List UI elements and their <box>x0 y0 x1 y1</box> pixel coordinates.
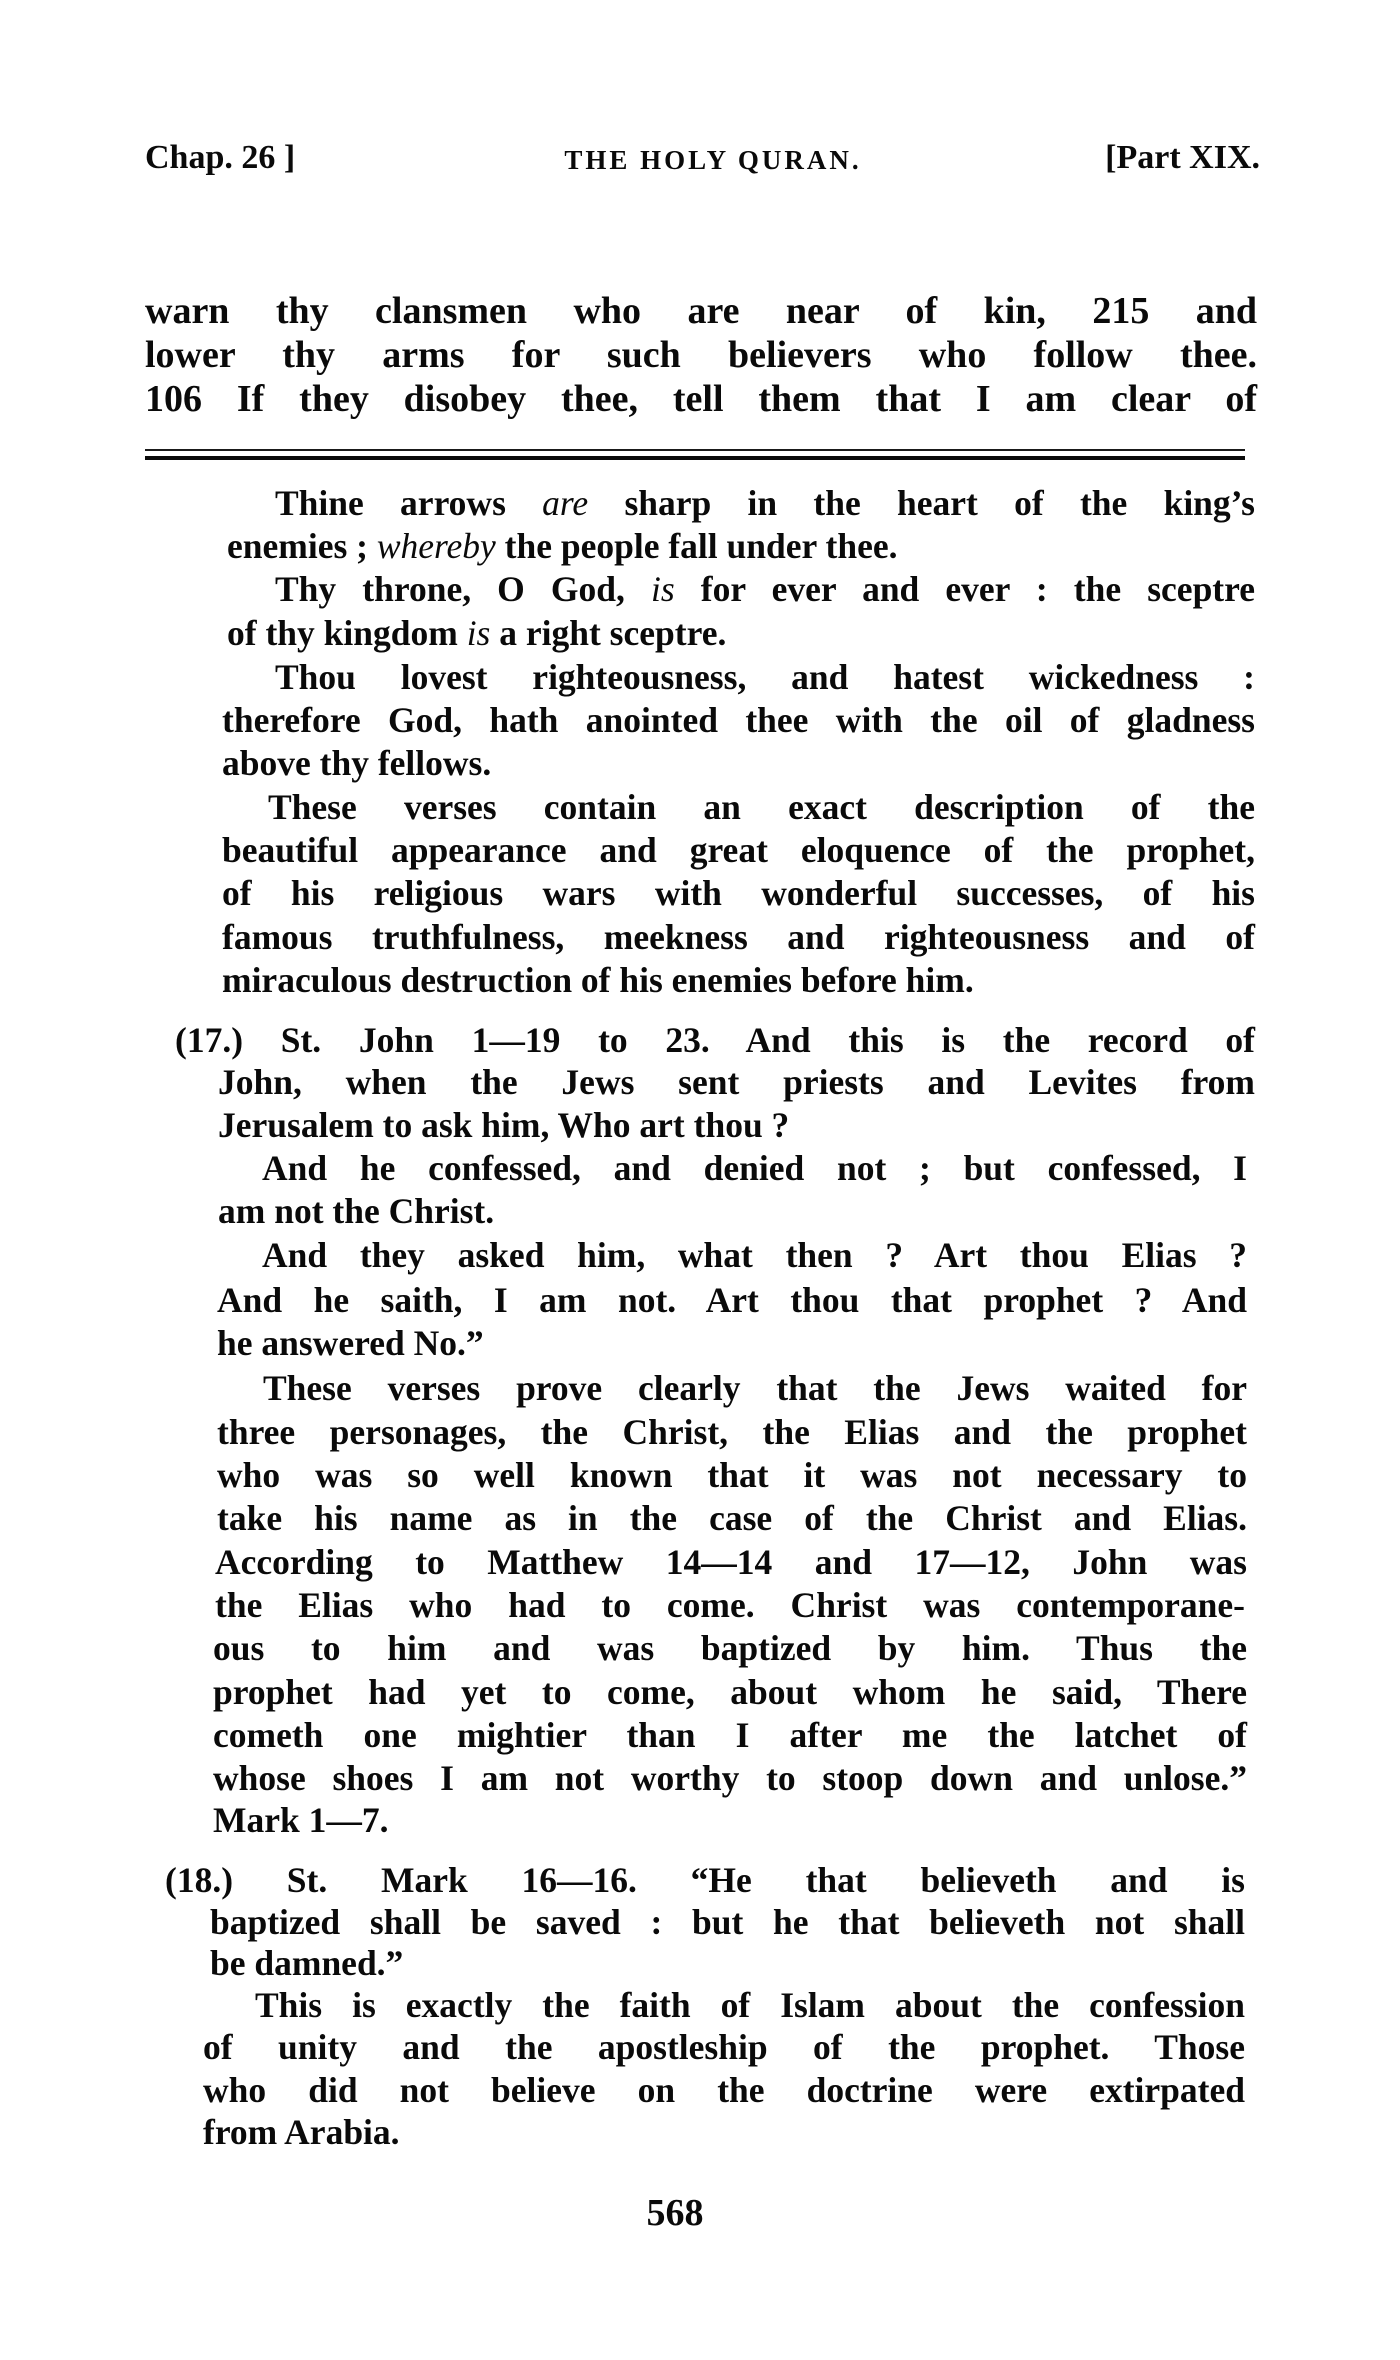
commentary-line: whose shoes I am not worthy to stoop dow… <box>213 1756 1247 1800</box>
main-text-line: warn thy clansmen who are near of kin, 2… <box>145 289 1257 333</box>
commentary-line: These verses contain an exact descriptio… <box>268 785 1255 829</box>
commentary-line: of unity and the apostleship of the prop… <box>203 2025 1245 2069</box>
commentary-line: take his name as in the case of the Chri… <box>217 1496 1247 1540</box>
commentary-line: (17.) St. John 1—19 to 23. And this is t… <box>175 1018 1255 1062</box>
italic-emphasis: is <box>651 569 675 609</box>
commentary-line: cometh one mightier than I after me the … <box>213 1713 1247 1757</box>
commentary-line: of his religious wars with wonderful suc… <box>222 871 1255 915</box>
main-text-line: lower thy arms for such believers who fo… <box>145 333 1257 377</box>
commentary-line: And he saith, I am not. Art thou that pr… <box>217 1278 1247 1322</box>
running-header-part: [Part XIX. <box>1028 138 1260 178</box>
italic-emphasis: whereby <box>377 526 496 566</box>
running-header-chapter: Chap. 26 ] <box>145 138 295 178</box>
italic-emphasis: is <box>467 613 491 653</box>
commentary-line: enemies ; whereby the people fall under … <box>227 524 897 568</box>
main-text-line: 106 If they disobey thee, tell them that… <box>145 377 1257 421</box>
commentary-line: beautiful appearance and great eloquence… <box>222 828 1255 872</box>
commentary-line: Thine arrows are sharp in the heart of t… <box>275 481 1255 525</box>
commentary-line: ous to him and was baptized by him. Thus… <box>213 1626 1247 1670</box>
commentary-line: prophet had yet to come, about whom he s… <box>213 1670 1247 1714</box>
commentary-line: These verses prove clearly that the Jews… <box>263 1366 1247 1410</box>
commentary-line: from Arabia. <box>203 2110 400 2154</box>
commentary-line: Thou lovest righteousness, and hatest wi… <box>275 655 1255 699</box>
commentary-line: miraculous destruction of his enemies be… <box>222 958 974 1002</box>
commentary-line: who did not believe on the doctrine were… <box>203 2068 1245 2112</box>
commentary-line: Mark 1—7. <box>213 1798 389 1842</box>
commentary-line: famous truthfulness, meekness and righte… <box>222 915 1255 959</box>
commentary-line: This is exactly the faith of Islam about… <box>255 1983 1245 2027</box>
commentary-line: above thy fellows. <box>222 741 491 785</box>
running-header-title: THE HOLY QURAN. <box>543 140 883 180</box>
commentary-line: am not the Christ. <box>218 1189 494 1233</box>
commentary-line: he answered No.” <box>217 1321 484 1365</box>
commentary-line: Thy throne, O God, is for ever and ever … <box>275 567 1255 611</box>
separator-rule-thick <box>145 456 1245 460</box>
commentary-line: the Elias who had to come. Christ was co… <box>215 1583 1245 1627</box>
commentary-line: of thy kingdom is a right sceptre. <box>227 611 726 655</box>
commentary-line: three personages, the Christ, the Elias … <box>217 1410 1247 1454</box>
page-number: 568 <box>600 2193 750 2233</box>
commentary-line: John, when the Jews sent priests and Lev… <box>218 1060 1255 1104</box>
commentary-line: be damned.” <box>210 1941 403 1985</box>
commentary-line: baptized shall be saved : but he that be… <box>210 1900 1245 1944</box>
separator-rule-thin <box>145 449 1245 451</box>
commentary-line: And they asked him, what then ? Art thou… <box>262 1233 1247 1277</box>
commentary-line: And he confessed, and denied not ; but c… <box>262 1146 1247 1190</box>
commentary-line: who was so well known that it was not ne… <box>217 1453 1247 1497</box>
italic-emphasis: are <box>542 483 588 523</box>
commentary-line: Jerusalem to ask him, Who art thou ? <box>218 1103 789 1147</box>
commentary-line: According to Matthew 14—14 and 17—12, Jo… <box>215 1540 1247 1584</box>
commentary-line: (18.) St. Mark 16—16. “He that believeth… <box>165 1858 1245 1902</box>
commentary-line: therefore God, hath anointed thee with t… <box>222 698 1255 742</box>
